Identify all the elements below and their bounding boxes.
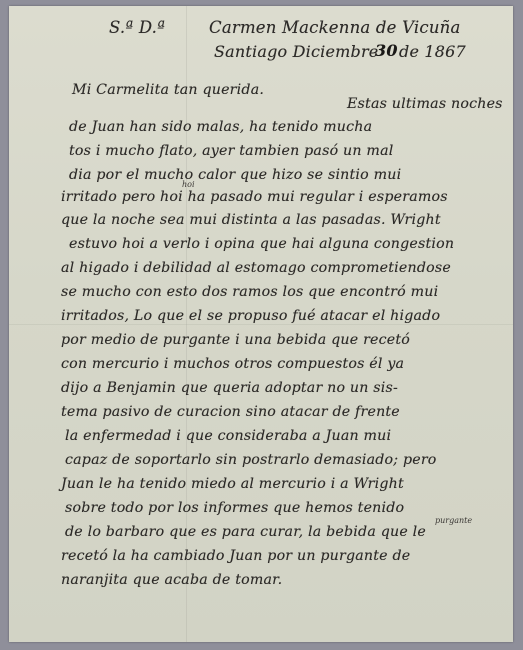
letter-line: con mercurio i muchos otros compuestos é… <box>61 356 404 372</box>
date-year: de 1867 <box>399 42 466 61</box>
paper-fold-horizontal <box>9 324 513 325</box>
letter-line: se mucho con esto dos ramos los que enco… <box>61 284 438 300</box>
letter-line: por medio de purgante i una bebida que r… <box>61 332 410 348</box>
letter-line: recetó la ha cambiado Juan por un purgan… <box>61 548 410 564</box>
letter-page: S.ª D.ª Carmen Mackenna de Vicuña Santia… <box>9 6 513 642</box>
letter-line: tema pasivo de curacion sino atacar de f… <box>61 404 400 420</box>
letter-line: tos i mucho flato, ayer tambien pasó un … <box>69 143 393 159</box>
letter-line: al higado i debilidad al estomago compro… <box>61 260 451 276</box>
addressee: Carmen Mackenna de Vicuña <box>209 18 461 37</box>
letter-line: estuvo hoi a verlo i opina que hai algun… <box>69 236 454 252</box>
interlinear-note: purgante <box>435 516 472 525</box>
letter-line: de lo barbaro que es para curar, la bebi… <box>65 524 426 540</box>
letter-line: sobre todo por los informes que hemos te… <box>65 500 404 516</box>
place-date: Santiago Diciembre <box>214 42 378 61</box>
letter-line: dijo a Benjamin que queria adoptar no un… <box>61 380 398 396</box>
letter-line: dia por el mucho calor que hizo se sinti… <box>69 167 401 183</box>
letter-line: irritados, Lo que el se propuso fué atac… <box>61 308 440 324</box>
interlinear-note: hoi <box>182 180 195 189</box>
letter-line: de Juan han sido malas, ha tenido mucha <box>69 119 372 135</box>
letter-line: Juan le ha tenido miedo al mercurio i a … <box>61 476 404 492</box>
letter-line: capaz de soportarlo sin postrarlo demasi… <box>65 452 437 468</box>
letter-line: irritado pero hoi ha pasado mui regular … <box>61 189 448 205</box>
greeting: Mi Carmelita tan querida. <box>72 82 264 98</box>
letter-line: que la noche sea mui distinta a las pasa… <box>61 212 441 228</box>
letter-line: naranjita que acaba de tomar. <box>61 572 282 588</box>
letter-line: Estas ultimas noches <box>347 96 503 112</box>
letter-line: la enfermedad i que consideraba a Juan m… <box>65 428 391 444</box>
salutation-prefix: S.ª D.ª <box>109 18 165 37</box>
date-day: 30 <box>375 41 398 60</box>
